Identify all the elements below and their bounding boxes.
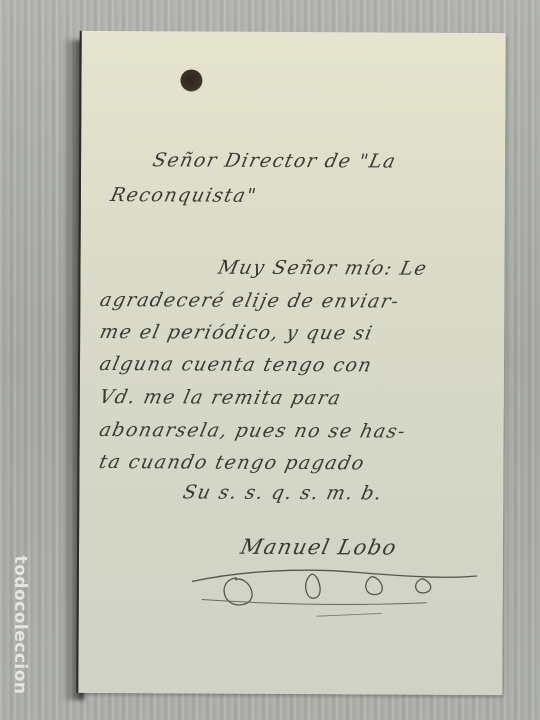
body-line-6: abonarsela, pues no se has- [97, 419, 408, 443]
punch-hole [180, 69, 202, 91]
body-line-2: agradeceré elije de enviar- [98, 289, 402, 313]
closing-formula: Su s. s. q. s. m. b. [181, 481, 385, 504]
body-line-4: alguna cuenta tengo con [98, 353, 375, 376]
signature-flourish-icon [187, 559, 487, 621]
body-line-7: ta cuando tengo pagado [97, 451, 367, 474]
salutation-line-2: Reconquista" [108, 184, 259, 207]
watermark-text: todocoleccion [10, 555, 30, 694]
body-line-1: Muy Señor mío: Le [216, 257, 430, 280]
salutation-line-1: Señor Director de "La [151, 149, 399, 172]
signature: Manuel Lobo [238, 535, 399, 560]
body-line-3: me el periódico, y que si [98, 321, 376, 344]
letter-paper: Señor Director de "La Reconquista" Muy S… [76, 31, 505, 695]
watermark: todocoleccion [2, 540, 38, 710]
body-line-5: Vd. me la remita para [97, 386, 343, 409]
